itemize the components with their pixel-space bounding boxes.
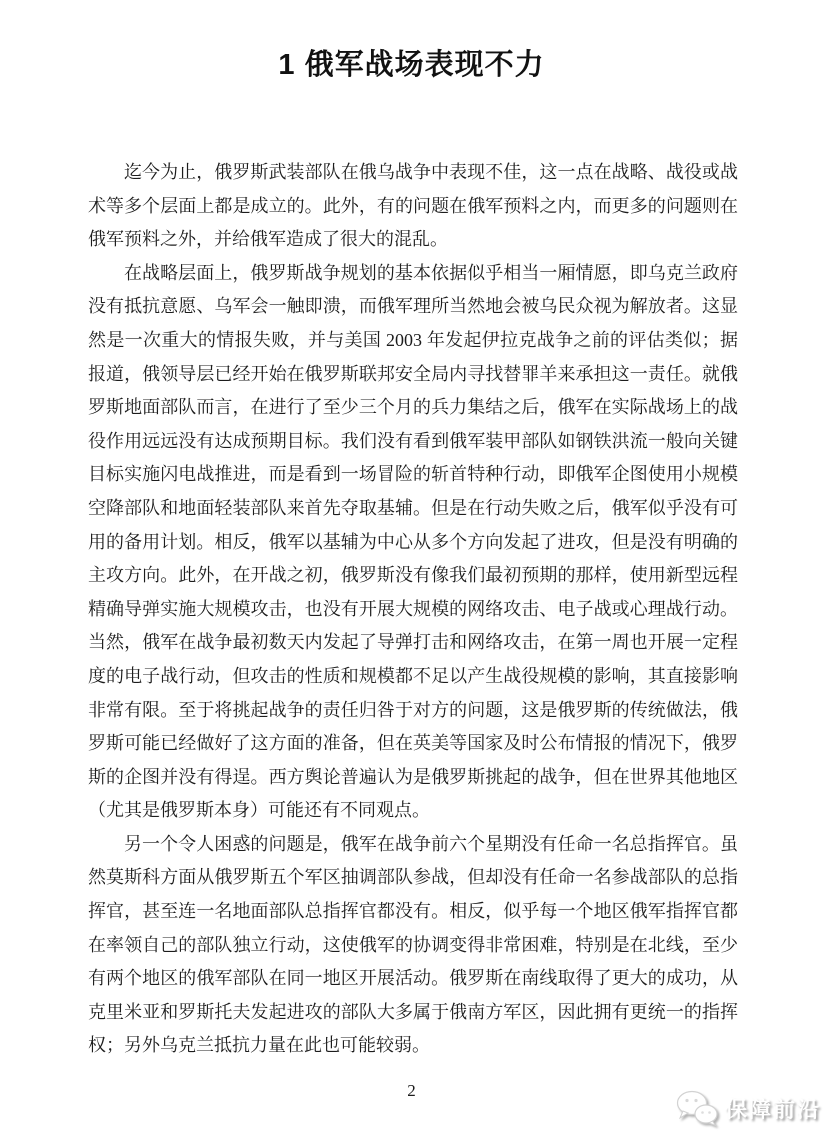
- paragraph: 另一个令人困惑的问题是，俄军在战争前六个星期没有任命一名总指挥官。虽然莫斯科方面…: [88, 828, 738, 1063]
- paragraph: 迄今为止，俄罗斯武装部队在俄乌战争中表现不佳，这一点在战略、战役或战术等多个层面…: [88, 156, 738, 257]
- document-page: 1 俄军战场表现不力 迄今为止，俄罗斯武装部队在俄乌战争中表现不佳，这一点在战略…: [0, 0, 823, 1145]
- watermark-label: 保障前沿: [725, 1093, 821, 1124]
- document-body: 迄今为止，俄罗斯武装部队在俄乌战争中表现不佳，这一点在战略、战役或战术等多个层面…: [88, 156, 738, 1063]
- watermark: 保障前沿: [676, 1090, 821, 1126]
- page-title: 1 俄军战场表现不力: [0, 42, 823, 83]
- wechat-icon: [676, 1090, 718, 1126]
- paragraph: 在战略层面上，俄罗斯战争规划的基本依据似乎相当一厢情愿，即乌克兰政府没有抵抗意愿…: [88, 257, 738, 828]
